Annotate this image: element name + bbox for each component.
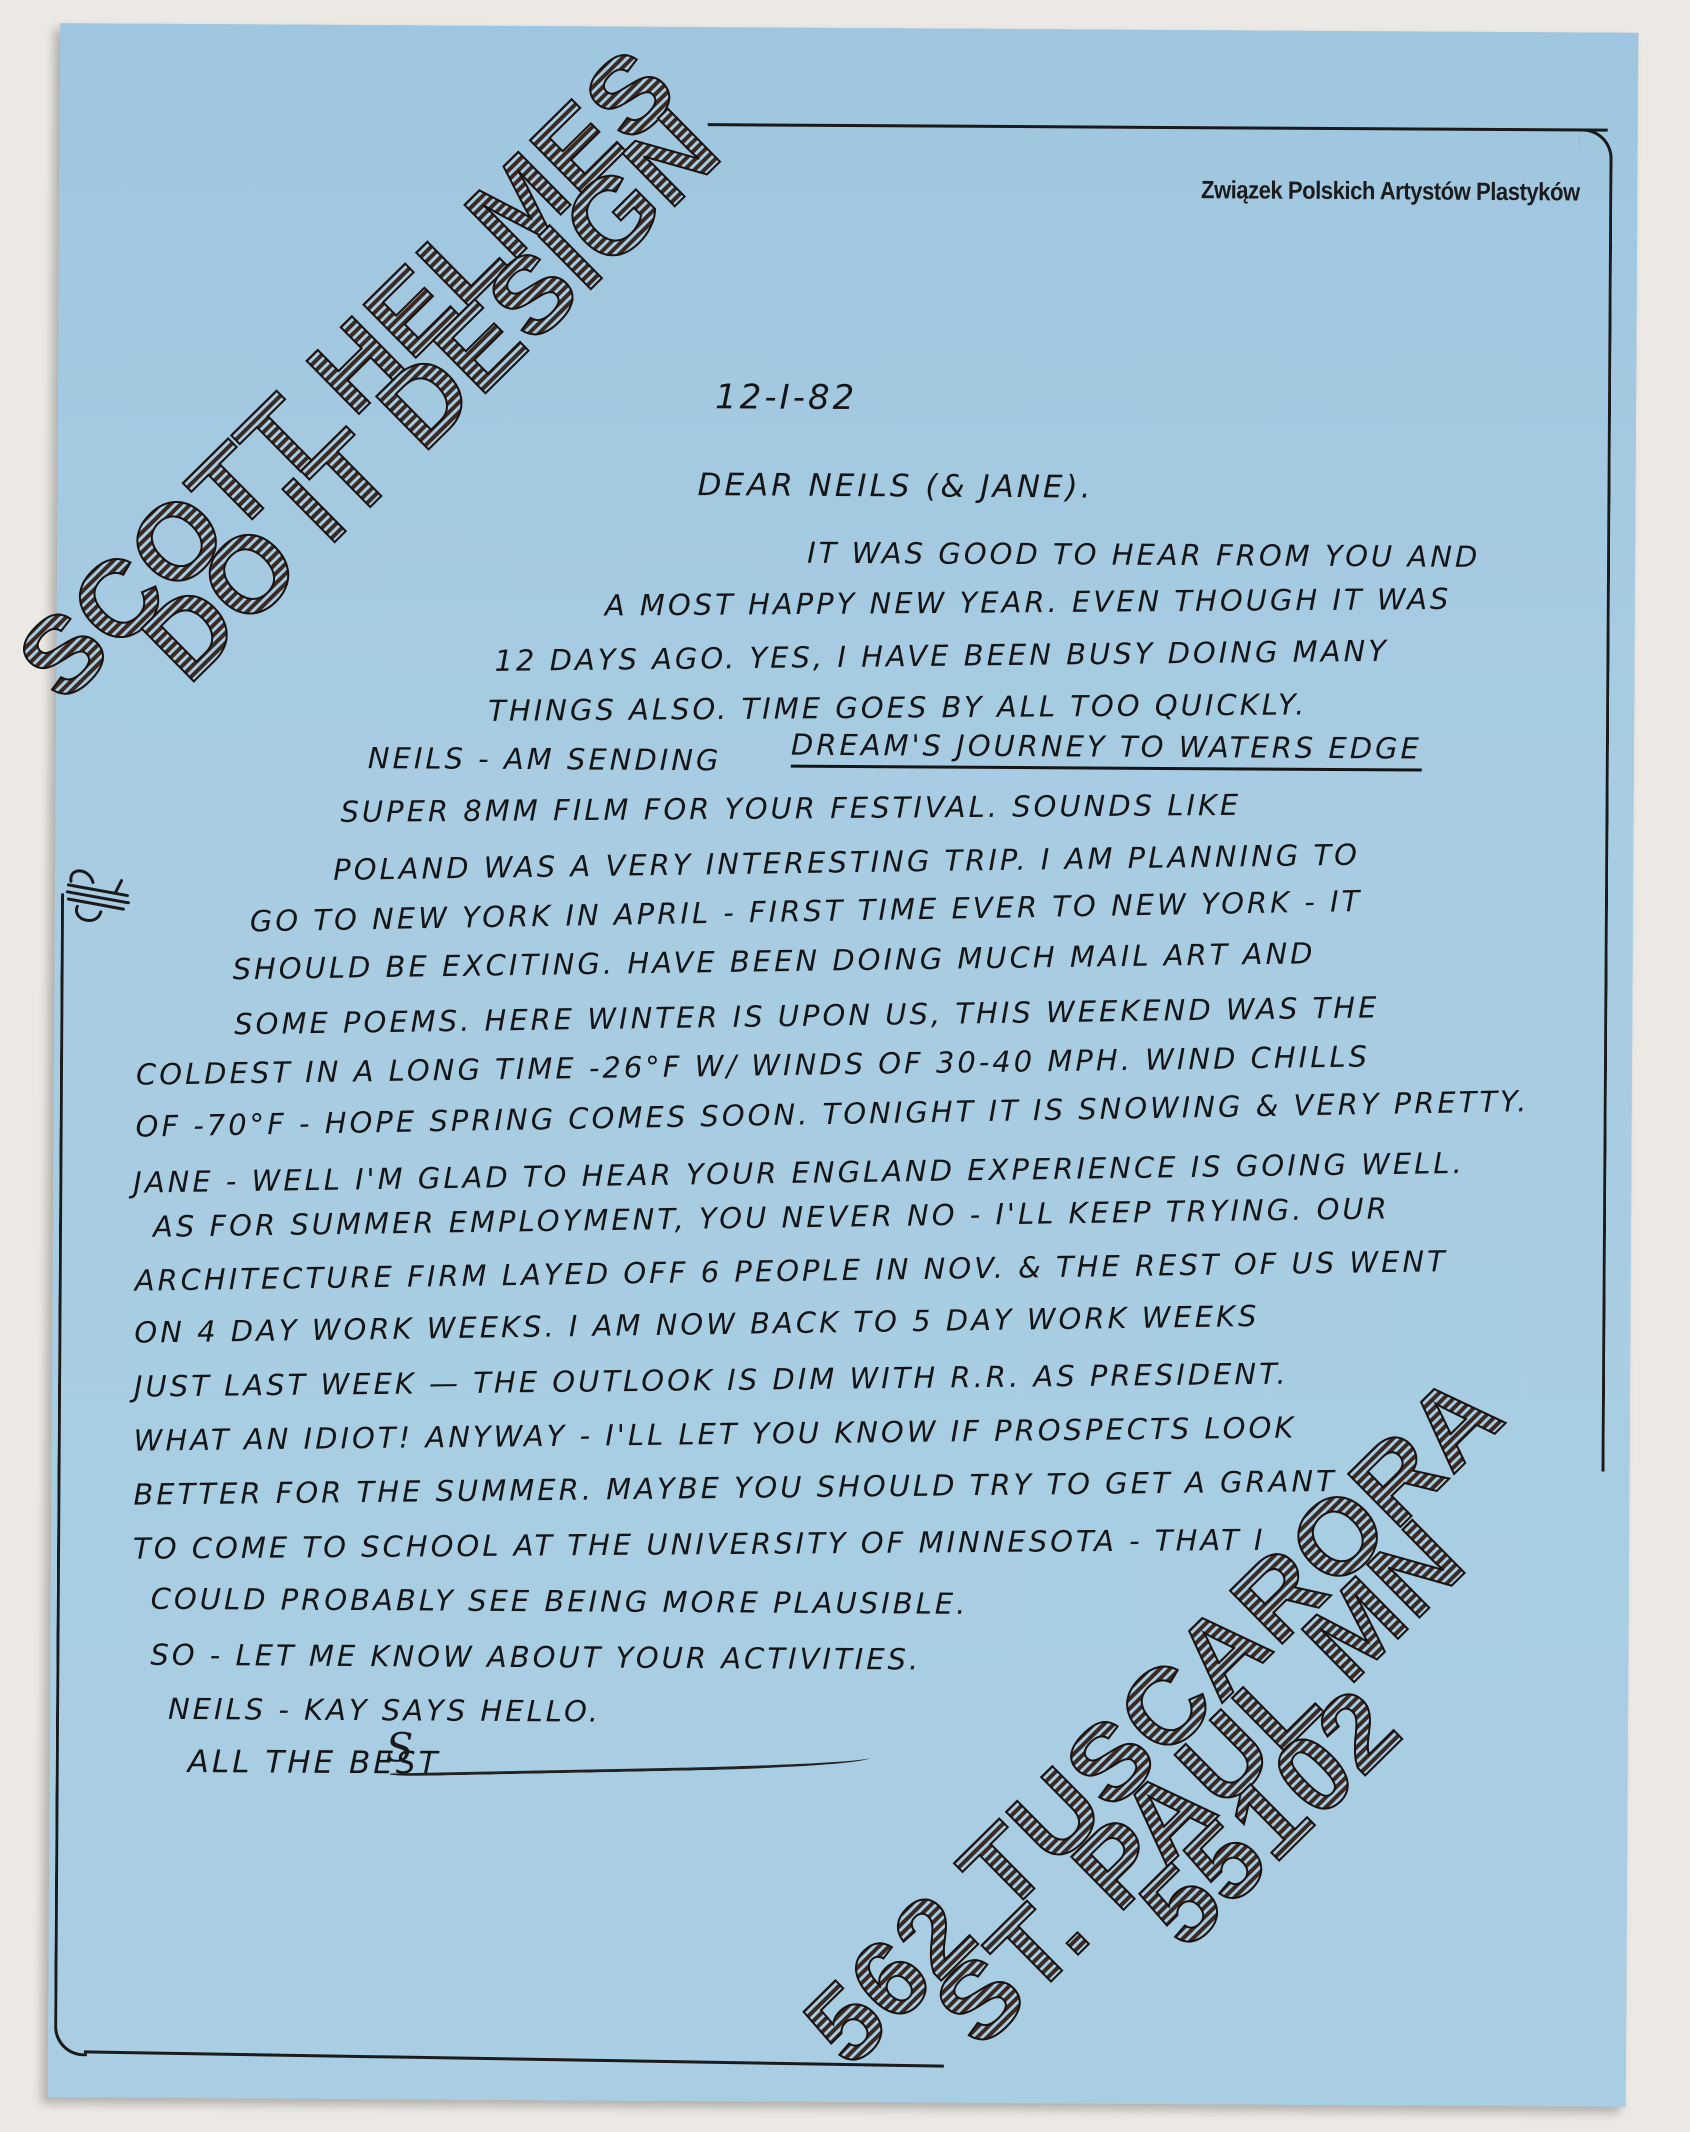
letter-line: Neils - Kay says hello. <box>168 1692 601 1729</box>
frame-border-top <box>708 123 1608 131</box>
letter-line: things also. Time goes by all too quickl… <box>488 687 1307 727</box>
letter-line: to come to school at the University of M… <box>133 1523 1266 1566</box>
letter-line: What an idiot! Anyway - I'll let you kno… <box>133 1410 1296 1457</box>
letter-line: go to New York in April - first time eve… <box>250 884 1363 938</box>
monogram-icon <box>59 861 139 931</box>
film-title: Dream's Journey to Waters Edge <box>791 728 1422 766</box>
frame-border-right <box>1572 128 1613 1471</box>
letter-line: 12 days ago. Yes, I have been busy doing… <box>494 634 1389 678</box>
letter-paper: Związek Polskich Artystów Plastyków SCOT… <box>48 23 1639 2107</box>
letter-line: some poems. Here winter is upon us, this… <box>234 990 1380 1041</box>
letter-line: on 4 day work weeks. I am now back to 5 … <box>134 1299 1260 1350</box>
letter-line: of -70°F - hope spring comes soon. Tonig… <box>135 1084 1529 1144</box>
letter-line: As for summer employment, you never no -… <box>153 1191 1390 1243</box>
letter-salutation: Dear Neils (& Jane). <box>697 467 1093 505</box>
frame-border-left <box>54 893 94 2056</box>
letter-line: a most happy New Year. Even though it wa… <box>605 582 1452 623</box>
letter-line: super 8mm film for your festival. Sounds… <box>340 788 1241 829</box>
signature-flourish <box>390 1744 870 1777</box>
letter-line: coldest in a long time -26°F w/ winds of… <box>136 1039 1370 1091</box>
letter-line: Jane - well I'm glad to hear your Englan… <box>133 1146 1465 1200</box>
frame-border-bottom <box>84 2050 944 2067</box>
address-street: 562 TUSCARORA <box>780 1348 1527 2088</box>
letter-line: better for the summer. Maybe you should … <box>133 1464 1337 1512</box>
letter-line: It was good to hear from you and <box>807 536 1480 574</box>
logo-name: SCOTT HELMES <box>0 23 700 723</box>
letter-line: Neils - am sending <box>368 741 722 777</box>
letter-line: So - let me know about your activities. <box>150 1638 921 1677</box>
letter-line: could probably see being more plausible. <box>151 1582 969 1621</box>
letter-date: 12-I-82 <box>715 377 857 418</box>
letter-line: should be exciting. Have been doing much… <box>232 936 1315 986</box>
letter-line: architecture firm layed off 6 people in … <box>134 1244 1448 1297</box>
letter-line: just last week — the outlook is dim with… <box>134 1357 1289 1404</box>
organization-name: Związek Polskich Artystów Plastyków <box>1201 176 1580 207</box>
letter-line: Poland was a very interesting trip. I am… <box>333 838 1360 887</box>
address-city: ST. PAUL MN <box>910 1495 1489 2069</box>
